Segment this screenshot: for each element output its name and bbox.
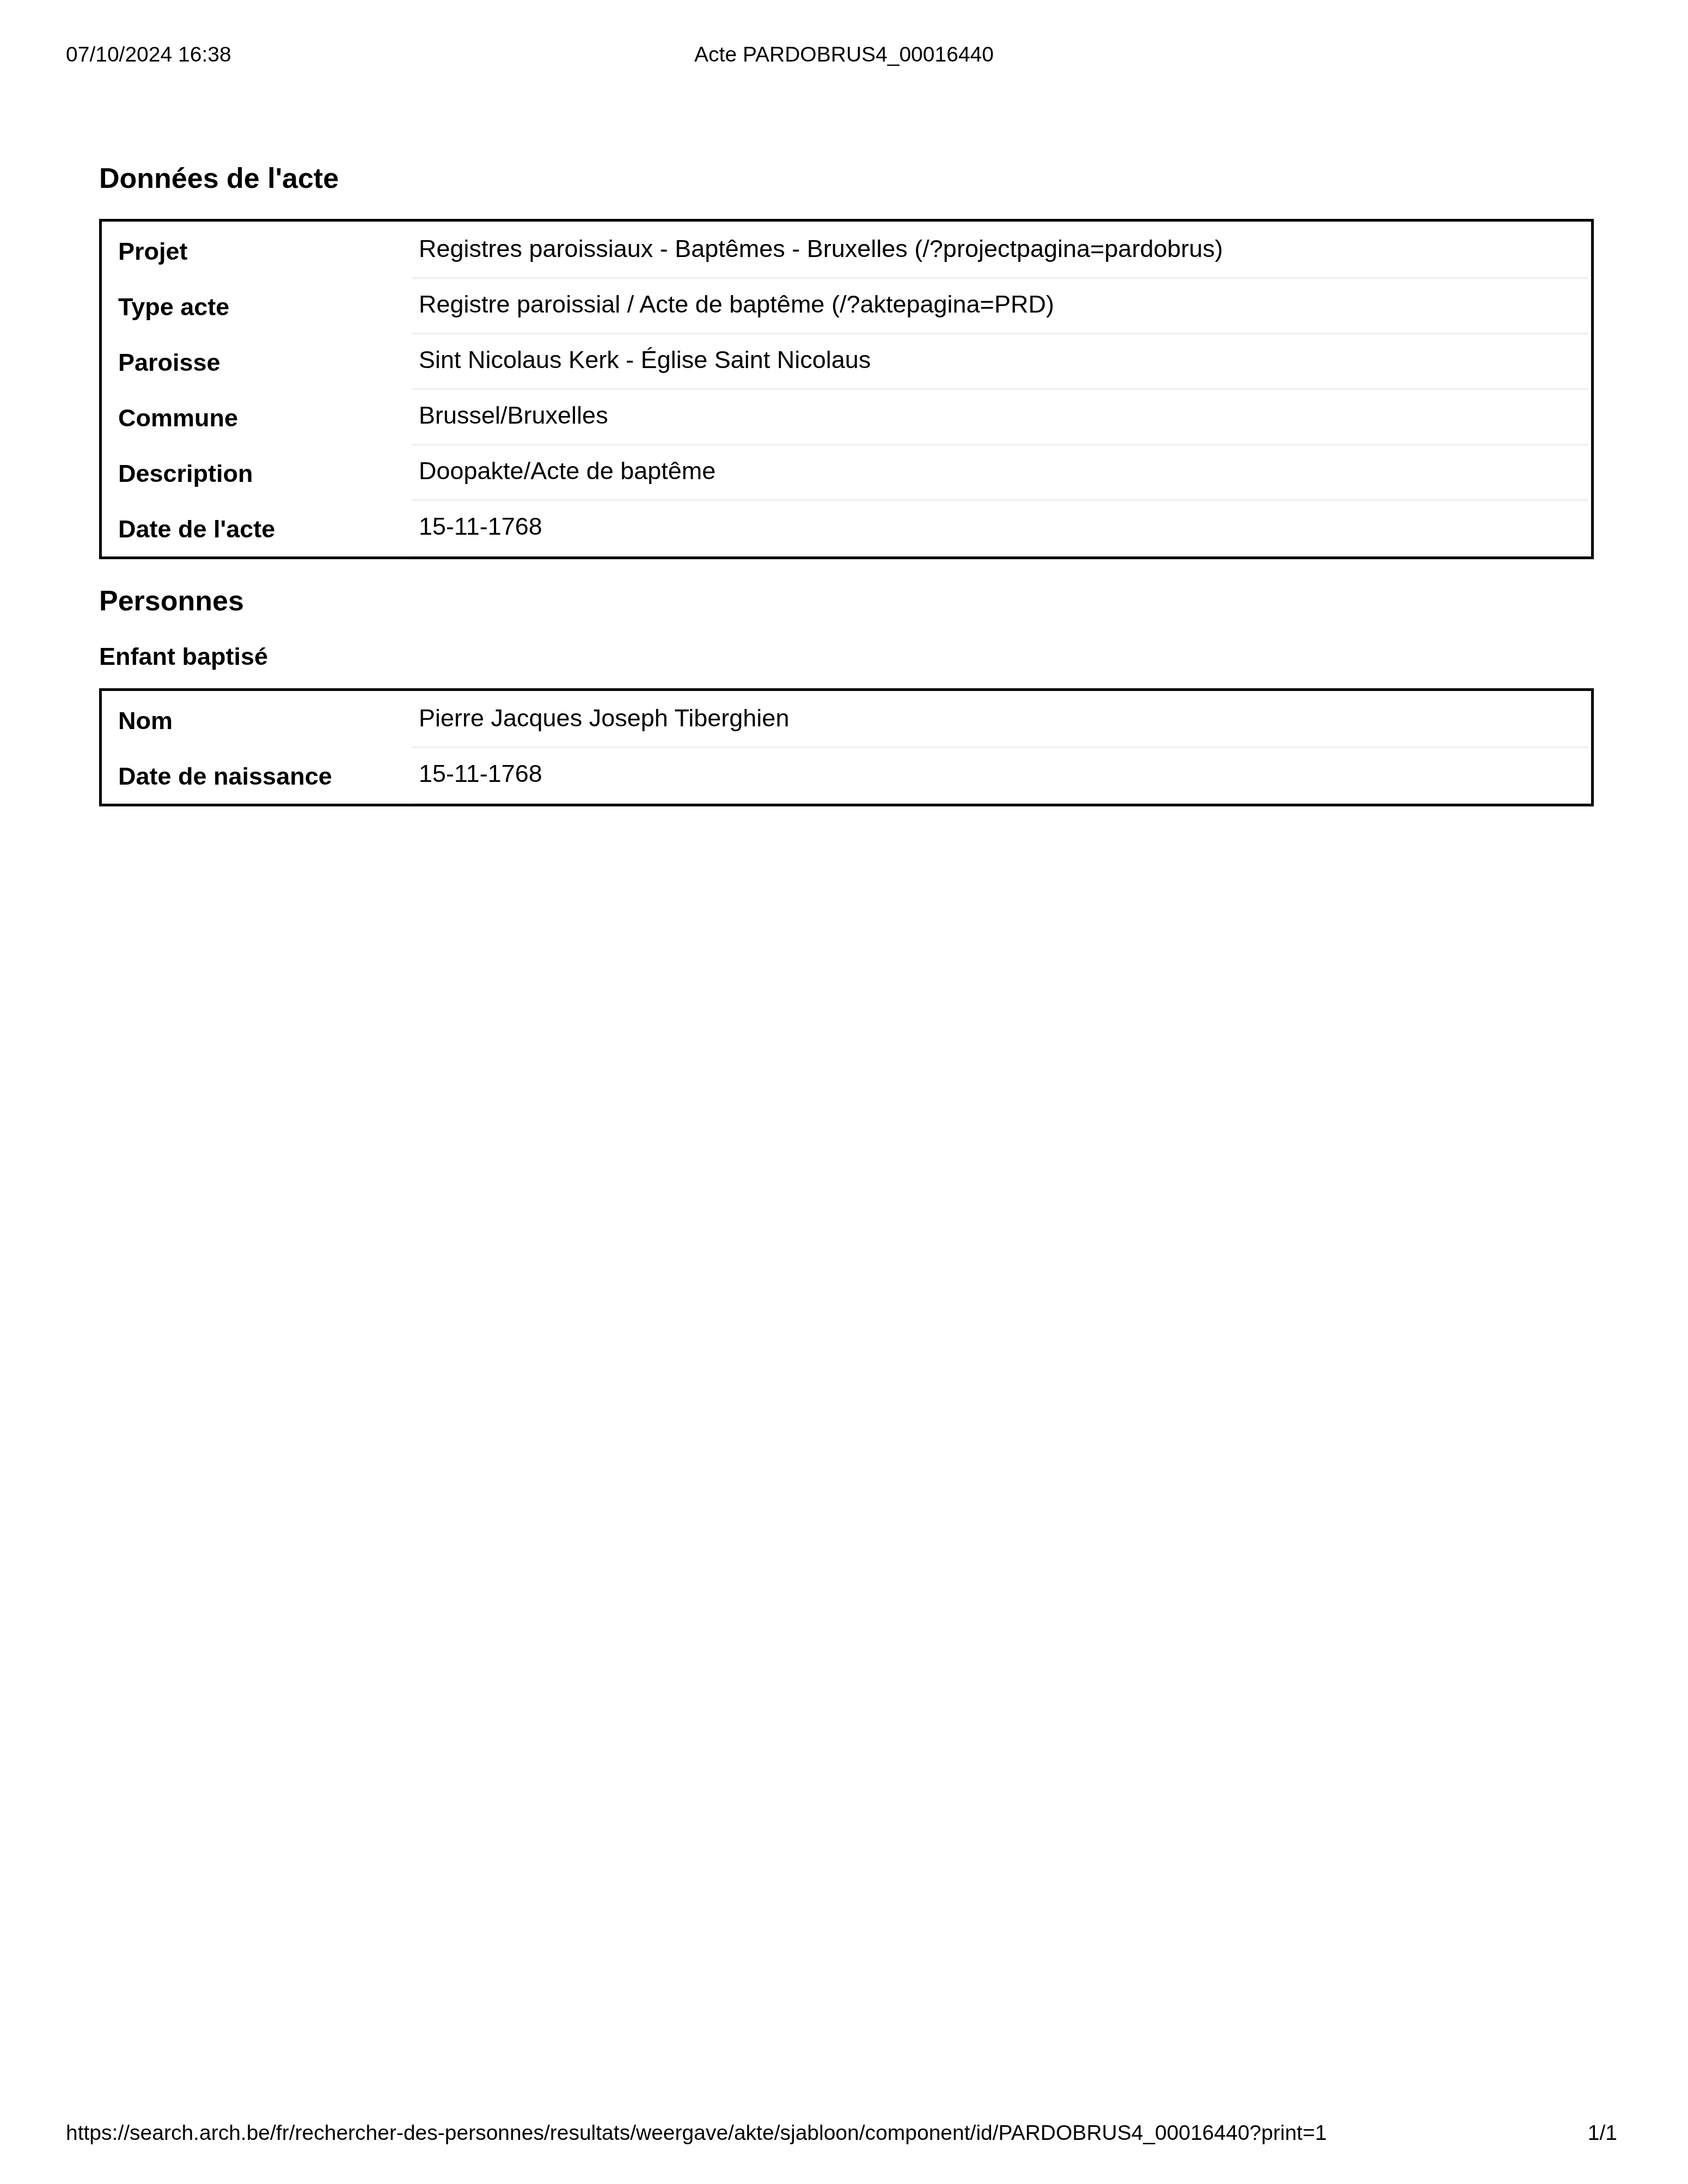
row-value: 15-11-1768 [412,748,1588,804]
row-value: Sint Nicolaus Kerk - Église Saint Nicola… [412,334,1588,390]
row-label: Date de naissance [102,748,412,804]
table-row-date-acte: Date de l'acte 15-11-1768 [102,501,1591,556]
table-row-description: Description Doopakte/Acte de baptême [102,445,1591,501]
row-label: Type acte [102,279,412,334]
act-data-table: Projet Registres paroissiaux - Baptêmes … [99,219,1594,559]
baptized-child-table: Nom Pierre Jacques Joseph Tiberghien Dat… [99,688,1594,806]
row-value: Doopakte/Acte de baptême [412,445,1588,501]
row-value: Brussel/Bruxelles [412,390,1588,445]
table-row-date-naissance: Date de naissance 15-11-1768 [102,748,1591,804]
row-value-project-link[interactable]: Registres paroissiaux - Baptêmes - Bruxe… [412,223,1588,279]
print-url: https://search.arch.be/fr/rechercher-des… [66,2121,1327,2146]
row-label: Description [102,445,412,501]
act-data-heading: Données de l'acte [99,162,339,195]
table-row-nom: Nom Pierre Jacques Joseph Tiberghien [102,693,1591,748]
table-row-paroisse: Paroisse Sint Nicolaus Kerk - Église Sai… [102,334,1591,390]
row-label: Projet [102,223,412,279]
row-value: 15-11-1768 [412,501,1588,556]
row-label: Date de l'acte [102,501,412,556]
row-label: Commune [102,390,412,445]
row-label: Nom [102,693,412,748]
row-value: Pierre Jacques Joseph Tiberghien [412,693,1588,748]
baptized-child-heading: Enfant baptisé [99,643,268,671]
table-row-commune: Commune Brussel/Bruxelles [102,390,1591,445]
page-indicator: 1/1 [1588,2121,1617,2146]
row-value-act-type-link[interactable]: Registre paroissial / Acte de baptême (/… [412,279,1588,334]
persons-heading: Personnes [99,585,244,617]
table-row-projet: Projet Registres paroissiaux - Baptêmes … [102,223,1591,279]
table-row-type-acte: Type acte Registre paroissial / Acte de … [102,279,1591,334]
print-document-title: Acte PARDOBRUS4_00016440 [0,42,1688,68]
row-label: Paroisse [102,334,412,390]
